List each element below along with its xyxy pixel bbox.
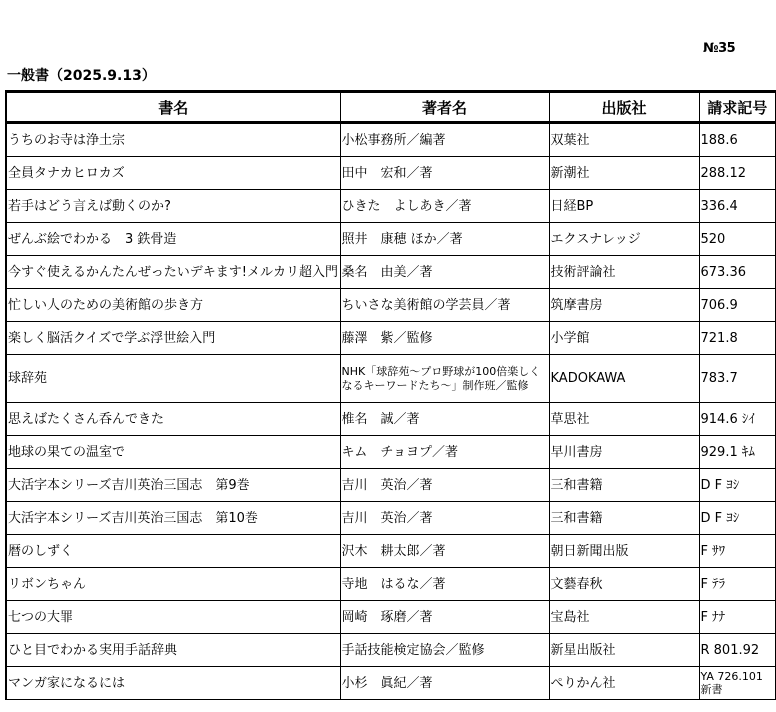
- book-call-number: 520: [699, 223, 776, 256]
- book-title: 楽しく脳活クイズで学ぶ浮世絵入門: [6, 322, 340, 355]
- book-list-table: 書名 著者名 出版社 請求記号 うちのお寺は浄土宗 小松事務所／編著 双葉社 1…: [5, 90, 776, 700]
- table-row: 七つの大罪 岡崎 琢磨／著 宝島社 F ﾅﾅ: [6, 601, 776, 634]
- book-title: 全員タナカヒロカズ: [6, 157, 340, 190]
- book-call-number: 188.6: [699, 123, 776, 157]
- book-author: 小杉 眞紀／著: [340, 667, 549, 700]
- book-author: キム チョヨプ／著: [340, 436, 549, 469]
- book-call-number: 929.1 ｷﾑ: [699, 436, 776, 469]
- table-row: ひと目でわかる実用手話辞典 手話技能検定協会／監修 新星出版社 R 801.92: [6, 634, 776, 667]
- table-row: 球辞苑 NHK「球辞苑～プロ野球が100倍楽しくなるキーワードたち～」制作班／監…: [6, 355, 776, 403]
- book-author: 寺地 はるな／著: [340, 568, 549, 601]
- book-call-number: F ﾃﾗ: [699, 568, 776, 601]
- book-author: 小松事務所／編著: [340, 123, 549, 157]
- book-publisher: 筑摩書房: [549, 289, 699, 322]
- book-call-number: F ｻﾜ: [699, 535, 776, 568]
- book-title: 球辞苑: [6, 355, 340, 403]
- book-publisher: エクスナレッジ: [549, 223, 699, 256]
- table-row: 暦のしずく 沢木 耕太郎／著 朝日新聞出版 F ｻﾜ: [6, 535, 776, 568]
- book-publisher: 新星出版社: [549, 634, 699, 667]
- table-header-row: 書名 著者名 出版社 請求記号: [6, 92, 776, 123]
- book-call-number: 783.7: [699, 355, 776, 403]
- book-call-number: 706.9: [699, 289, 776, 322]
- book-call-number: 914.6 ｼｲ: [699, 403, 776, 436]
- book-title: 七つの大罪: [6, 601, 340, 634]
- table-row: 今すぐ使えるかんたんぜったいデキます!メルカリ超入門 桑名 由美／著 技術評論社…: [6, 256, 776, 289]
- book-title: 大活字本シリーズ吉川英治三国志 第9巻: [6, 469, 340, 502]
- book-publisher: 小学館: [549, 322, 699, 355]
- column-header-title: 書名: [6, 92, 340, 123]
- book-call-number: F ﾅﾅ: [699, 601, 776, 634]
- book-call-number: 673.36: [699, 256, 776, 289]
- book-publisher: 技術評論社: [549, 256, 699, 289]
- book-publisher: KADOKAWA: [549, 355, 699, 403]
- book-author: ちいさな美術館の学芸員／著: [340, 289, 549, 322]
- book-publisher: 宝島社: [549, 601, 699, 634]
- book-author: 藤澤 紫／監修: [340, 322, 549, 355]
- table-row: 全員タナカヒロカズ 田中 宏和／著 新潮社 288.12: [6, 157, 776, 190]
- book-author: 手話技能検定協会／監修: [340, 634, 549, 667]
- book-title: 今すぐ使えるかんたんぜったいデキます!メルカリ超入門: [6, 256, 340, 289]
- book-title: うちのお寺は浄土宗: [6, 123, 340, 157]
- table-row: 地球の果ての温室で キム チョヨプ／著 早川書房 929.1 ｷﾑ: [6, 436, 776, 469]
- book-publisher: 日経BP: [549, 190, 699, 223]
- table-row: 楽しく脳活クイズで学ぶ浮世絵入門 藤澤 紫／監修 小学館 721.8: [6, 322, 776, 355]
- book-author: 桑名 由美／著: [340, 256, 549, 289]
- book-author: 田中 宏和／著: [340, 157, 549, 190]
- book-title: 暦のしずく: [6, 535, 340, 568]
- book-call-number: D F ﾖｼ: [699, 502, 776, 535]
- table-row: 大活字本シリーズ吉川英治三国志 第10巻 吉川 英治／著 三和書籍 D F ﾖｼ: [6, 502, 776, 535]
- book-author: ひきた よしあき／著: [340, 190, 549, 223]
- book-call-number: D F ﾖｼ: [699, 469, 776, 502]
- book-publisher: 文藝春秋: [549, 568, 699, 601]
- book-title: リボンちゃん: [6, 568, 340, 601]
- book-title: ひと目でわかる実用手話辞典: [6, 634, 340, 667]
- book-publisher: 双葉社: [549, 123, 699, 157]
- book-publisher: 三和書籍: [549, 502, 699, 535]
- column-header-publisher: 出版社: [549, 92, 699, 123]
- book-title: 大活字本シリーズ吉川英治三国志 第10巻: [6, 502, 340, 535]
- table-row: ぜんぶ絵でわかる 3 鉄骨造 照井 康穂 ほか／著 エクスナレッジ 520: [6, 223, 776, 256]
- book-call-number: R 801.92: [699, 634, 776, 667]
- book-author: 沢木 耕太郎／著: [340, 535, 549, 568]
- table-row: うちのお寺は浄土宗 小松事務所／編著 双葉社 188.6: [6, 123, 776, 157]
- list-number: №35: [703, 41, 735, 56]
- book-call-number: 288.12: [699, 157, 776, 190]
- book-call-number: 721.8: [699, 322, 776, 355]
- page-title: 一般書（2025.9.13）: [7, 65, 156, 85]
- book-title: マンガ家になるには: [6, 667, 340, 700]
- book-publisher: ぺりかん社: [549, 667, 699, 700]
- book-author: 吉川 英治／著: [340, 502, 549, 535]
- book-author: 椎名 誠／著: [340, 403, 549, 436]
- column-header-author: 著者名: [340, 92, 549, 123]
- book-publisher: 早川書房: [549, 436, 699, 469]
- book-call-number: 336.4: [699, 190, 776, 223]
- book-author: 吉川 英治／著: [340, 469, 549, 502]
- book-publisher: 草思社: [549, 403, 699, 436]
- column-header-call-number: 請求記号: [699, 92, 776, 123]
- book-title: ぜんぶ絵でわかる 3 鉄骨造: [6, 223, 340, 256]
- book-author: 照井 康穂 ほか／著: [340, 223, 549, 256]
- table-row: 思えばたくさん呑んできた 椎名 誠／著 草思社 914.6 ｼｲ: [6, 403, 776, 436]
- book-title: 思えばたくさん呑んできた: [6, 403, 340, 436]
- table-row: マンガ家になるには 小杉 眞紀／著 ぺりかん社 YA 726.101 新書: [6, 667, 776, 700]
- table-row: 若手はどう言えば動くのか? ひきた よしあき／著 日経BP 336.4: [6, 190, 776, 223]
- table-row: 大活字本シリーズ吉川英治三国志 第9巻 吉川 英治／著 三和書籍 D F ﾖｼ: [6, 469, 776, 502]
- book-call-number: YA 726.101 新書: [699, 667, 776, 700]
- book-author: NHK「球辞苑～プロ野球が100倍楽しくなるキーワードたち～」制作班／監修: [340, 355, 549, 403]
- book-publisher: 三和書籍: [549, 469, 699, 502]
- book-title: 地球の果ての温室で: [6, 436, 340, 469]
- table-row: リボンちゃん 寺地 はるな／著 文藝春秋 F ﾃﾗ: [6, 568, 776, 601]
- table-row: 忙しい人のための美術館の歩き方 ちいさな美術館の学芸員／著 筑摩書房 706.9: [6, 289, 776, 322]
- book-title: 若手はどう言えば動くのか?: [6, 190, 340, 223]
- book-author: 岡崎 琢磨／著: [340, 601, 549, 634]
- book-publisher: 朝日新聞出版: [549, 535, 699, 568]
- book-publisher: 新潮社: [549, 157, 699, 190]
- book-title: 忙しい人のための美術館の歩き方: [6, 289, 340, 322]
